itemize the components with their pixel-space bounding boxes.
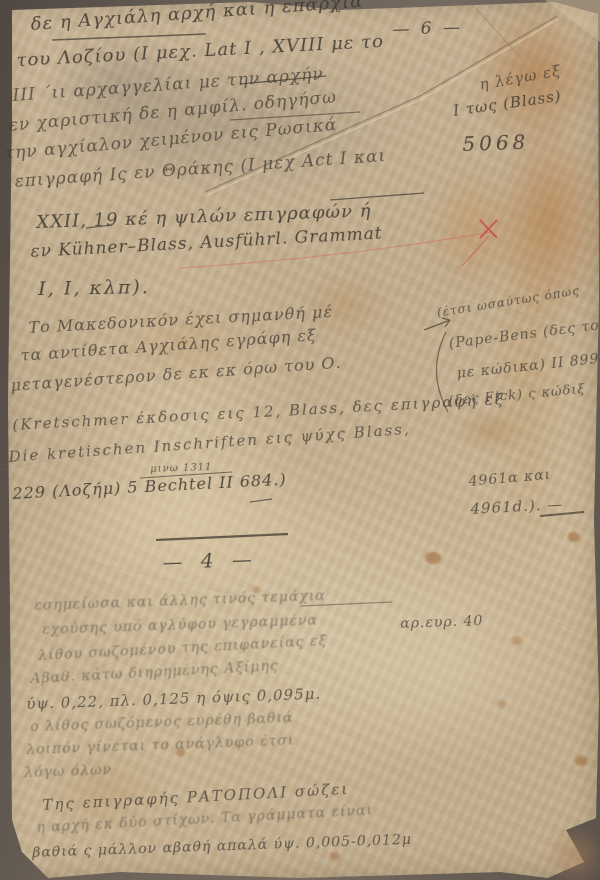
section-heading: — 4 — bbox=[162, 547, 258, 574]
photo-background: δε η Αγχιάλη αρχή και η επαρχία — 6 — το… bbox=[0, 0, 600, 880]
manuscript-line: λόγω όλων bbox=[24, 762, 112, 781]
page-number: — 6 — bbox=[392, 18, 463, 40]
margin-note: 5068 bbox=[462, 130, 530, 156]
manuscript-line: Ι, Ι, κλπ). bbox=[38, 276, 150, 300]
find-number: αρ.ευρ. 40 bbox=[400, 613, 484, 632]
